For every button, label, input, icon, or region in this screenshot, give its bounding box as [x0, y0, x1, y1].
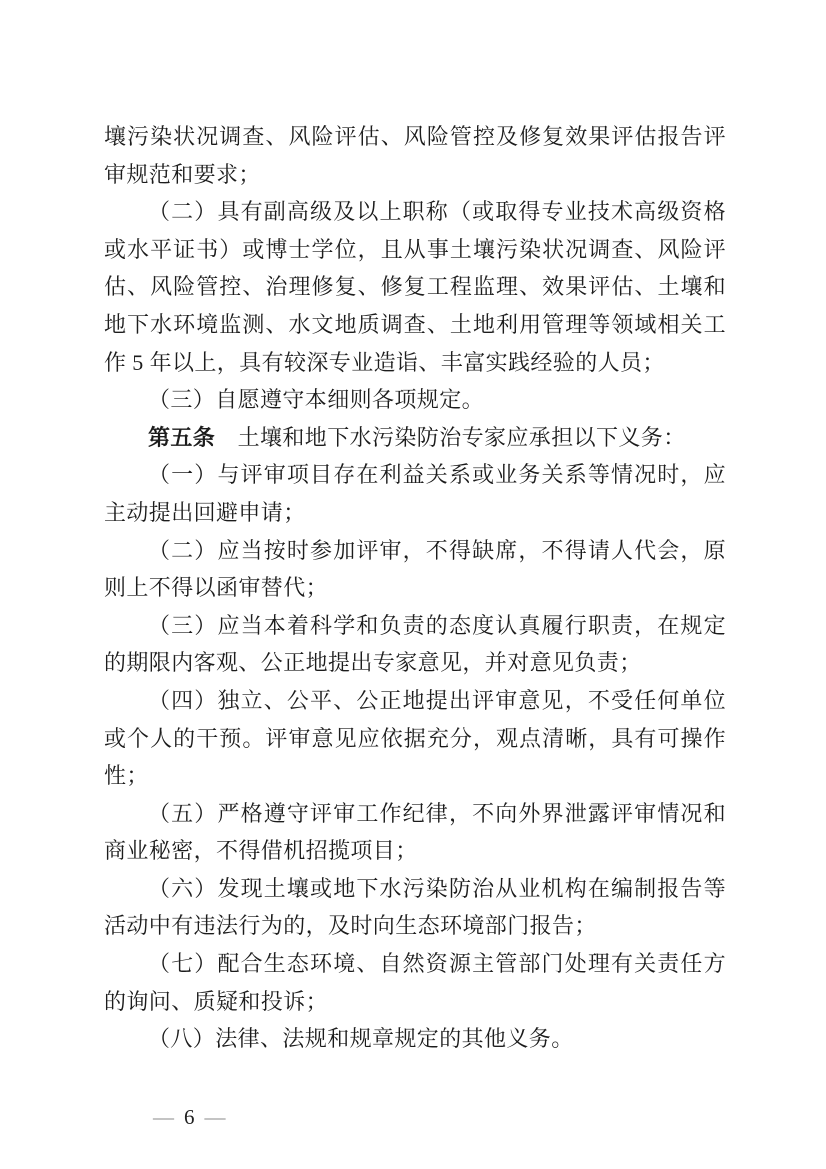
text-run: （三）应当本着科学和负责的态度认真履行职责，在规定	[148, 613, 726, 638]
text-run: （七）配合生态环境、自然资源主管部门处理有关责任方	[148, 951, 726, 976]
text-line: （五）严格遵守评审工作纪律，不向外界泄露评审情况和	[104, 795, 726, 833]
text-run: 的询问、质疑和投诉；	[104, 989, 328, 1014]
text-line: 作 5 年以上，具有较深专业造诣、丰富实践经验的人员；	[104, 344, 726, 382]
text-line: 则上不得以函审替代；	[104, 569, 726, 607]
text-line: 估、风险管控、治理修复、修复工程监理、效果评估、土壤和	[104, 268, 726, 306]
text-run: （四）独立、公平、公正地提出评审意见，不受任何单位	[148, 688, 726, 713]
text-run: （六）发现土壤或地下水污染防治从业机构在编制报告等	[148, 876, 726, 901]
text-run: 活动中有违法行为的，及时向生态环境部门报告；	[104, 913, 597, 938]
text-run: 商业秘密，不得借机招揽项目；	[104, 838, 418, 863]
text-line: （三）自愿遵守本细则各项规定。	[104, 381, 726, 419]
text-line: （二）具有副高级及以上职称（或取得专业技术高级资格	[104, 193, 726, 231]
text-line: （八）法律、法规和规章规定的其他义务。	[104, 1020, 726, 1058]
text-run: （八）法律、法规和规章规定的其他义务。	[148, 1026, 574, 1051]
article-heading-number: 第五条	[148, 425, 215, 450]
text-run: 则上不得以函审替代；	[104, 575, 328, 600]
text-run: （三）自愿遵守本细则各项规定。	[148, 387, 484, 412]
text-run: 或水平证书）或博士学位，且从事土壤污染状况调查、风险评	[104, 237, 726, 262]
text-line: 或个人的干预。评审意见应依据充分，观点清晰，具有可操作	[104, 720, 726, 758]
text-line: 地下水环境监测、水文地质调查、土地利用管理等领域相关工	[104, 306, 726, 344]
text-run: 审规范和要求；	[104, 162, 261, 187]
text-line: 第五条 土壤和地下水污染防治专家应承担以下义务：	[104, 419, 726, 457]
text-run: （二）具有副高级及以上职称（或取得专业技术高级资格	[148, 199, 726, 224]
text-run: 主动提出回避申请；	[104, 500, 306, 525]
text-line: （七）配合生态环境、自然资源主管部门处理有关责任方	[104, 945, 726, 983]
page-number-left-dash: —	[153, 1105, 174, 1129]
text-line: （三）应当本着科学和负责的态度认真履行职责，在规定	[104, 607, 726, 645]
text-run: 估、风险管控、治理修复、修复工程监理、效果评估、土壤和	[104, 274, 726, 299]
text-run: （二）应当按时参加评审，不得缺席，不得请人代会，原	[148, 538, 726, 563]
page-number-right-dash: —	[205, 1105, 226, 1129]
document-page: 壤污染状况调查、风险评估、风险管控及修复效果评估报告评审规范和要求；（二）具有副…	[0, 0, 826, 1169]
text-run: 的期限内客观、公正地提出专家意见，并对意见负责；	[104, 650, 642, 675]
text-line: 壤污染状况调查、风险评估、风险管控及修复效果评估报告评	[104, 118, 726, 156]
text-line: 审规范和要求；	[104, 156, 726, 194]
text-run: 作 5 年以上，具有较深专业造诣、丰富实践经验的人员；	[104, 350, 665, 375]
text-line: 商业秘密，不得借机招揽项目；	[104, 832, 726, 870]
text-run: 地下水环境监测、水文地质调查、土地利用管理等领域相关工	[104, 312, 726, 337]
text-line: （六）发现土壤或地下水污染防治从业机构在编制报告等	[104, 870, 726, 908]
text-line: 主动提出回避申请；	[104, 494, 726, 532]
text-line: 的询问、质疑和投诉；	[104, 983, 726, 1021]
text-line: 的期限内客观、公正地提出专家意见，并对意见负责；	[104, 644, 726, 682]
page-number: —6—	[132, 1080, 226, 1155]
text-line: （二）应当按时参加评审，不得缺席，不得请人代会，原	[104, 532, 726, 570]
text-run: （一）与评审项目存在利益关系或业务关系等情况时，应	[148, 462, 726, 487]
text-line: 性；	[104, 757, 726, 795]
text-line: （四）独立、公平、公正地提出评审意见，不受任何单位	[104, 682, 726, 720]
page-number-value: 6	[174, 1105, 205, 1129]
text-run: （五）严格遵守评审工作纪律，不向外界泄露评审情况和	[148, 801, 726, 826]
text-run: 或个人的干预。评审意见应依据充分，观点清晰，具有可操作	[104, 726, 726, 751]
document-body: 壤污染状况调查、风险评估、风险管控及修复效果评估报告评审规范和要求；（二）具有副…	[104, 118, 726, 1058]
text-run: 性；	[104, 763, 149, 788]
text-line: 活动中有违法行为的，及时向生态环境部门报告；	[104, 907, 726, 945]
text-run: 土壤和地下水污染防治专家应承担以下义务：	[215, 425, 685, 450]
text-line: 或水平证书）或博士学位，且从事土壤污染状况调查、风险评	[104, 231, 726, 269]
text-run: 壤污染状况调查、风险评估、风险管控及修复效果评估报告评	[104, 124, 726, 149]
text-line: （一）与评审项目存在利益关系或业务关系等情况时，应	[104, 456, 726, 494]
